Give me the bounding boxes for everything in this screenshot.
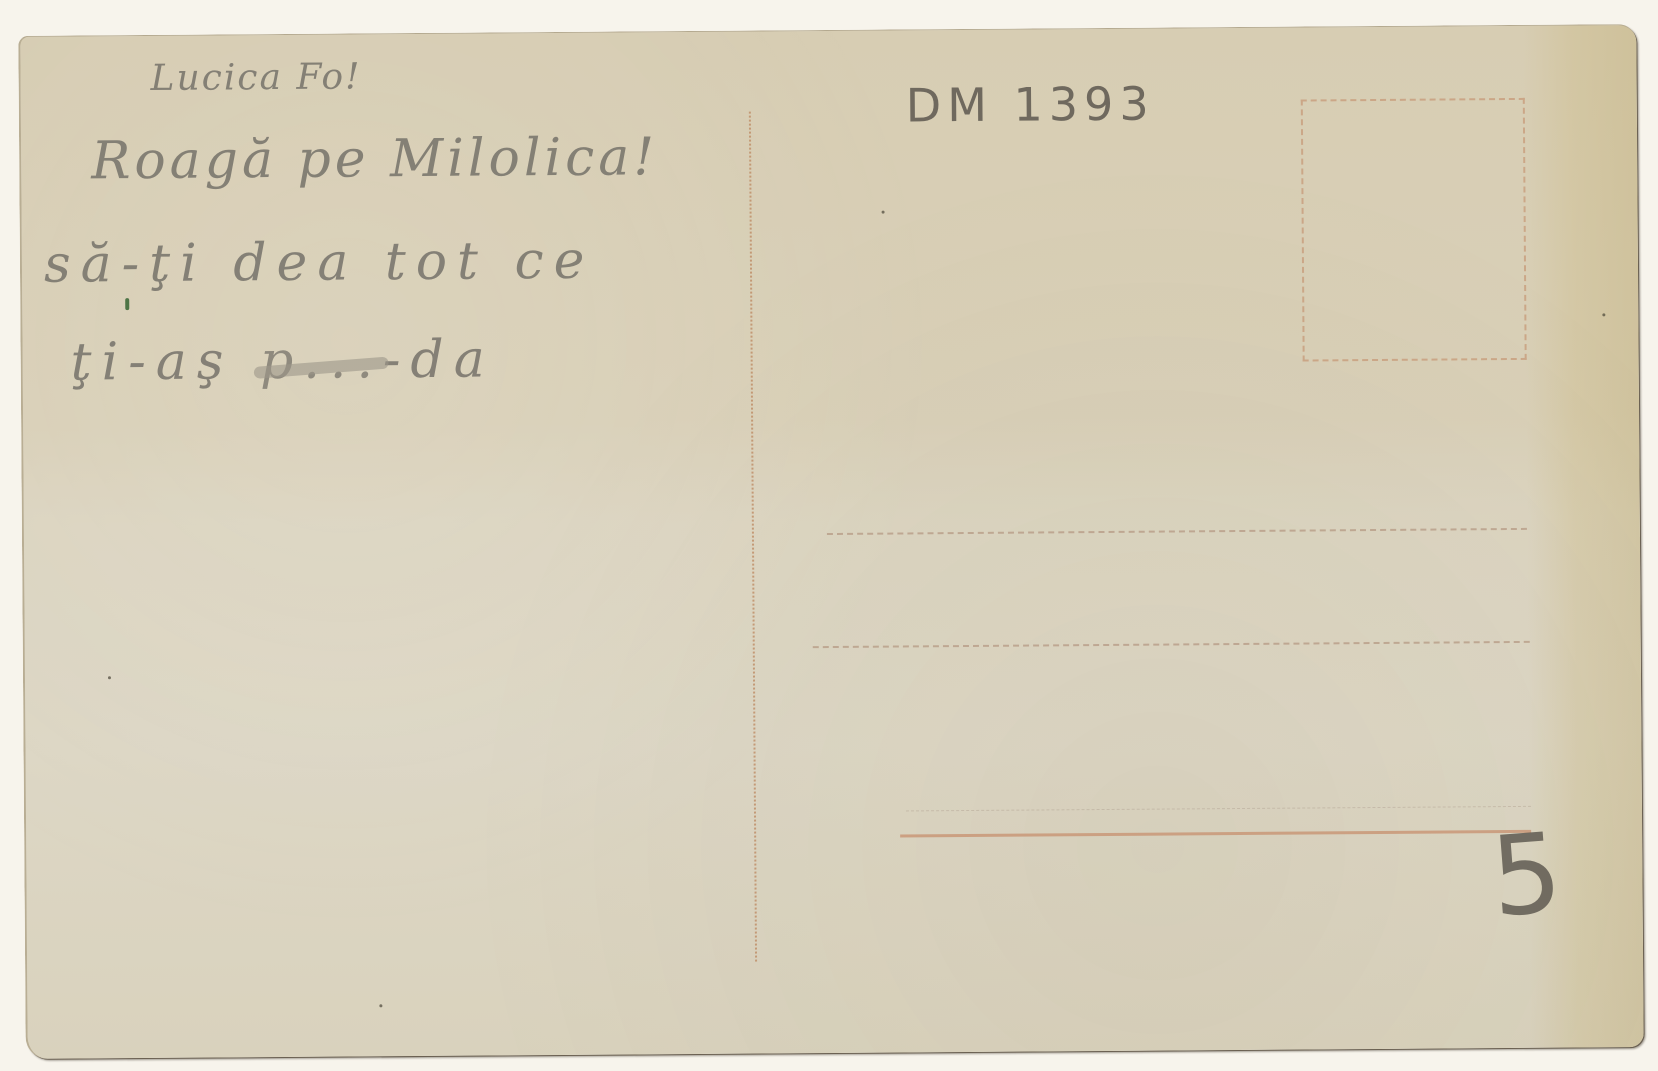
handwritten-line-3-suffix: -da xyxy=(383,329,495,390)
stamp-placeholder-box xyxy=(1301,98,1527,362)
paper-speck xyxy=(1602,313,1605,316)
paper-speck xyxy=(379,1004,382,1007)
address-line-2 xyxy=(813,641,1530,648)
center-divider-line xyxy=(749,112,757,962)
handwritten-line-1: Roagă pe Milolica! xyxy=(91,127,658,191)
address-line-1 xyxy=(827,528,1527,535)
handwritten-line-3: ţi-aş p...-da xyxy=(70,329,494,392)
archive-reference-number: DM 1393 xyxy=(906,77,1155,133)
pencil-corner-mark: 5 xyxy=(1487,808,1569,941)
paper-speck xyxy=(882,211,885,214)
struck-out-word: p... xyxy=(260,330,383,391)
scan-background: Lucica Fo! Roagă pe Milolica! să-ţi dea … xyxy=(0,0,1658,1071)
handwritten-line-3-prefix: ţi-aş xyxy=(70,331,260,392)
postcard: Lucica Fo! Roagă pe Milolica! să-ţi dea … xyxy=(18,24,1643,1059)
handwritten-greeting: Lucica Fo! xyxy=(150,56,361,99)
address-line-3-faint xyxy=(906,806,1531,812)
paper-speck xyxy=(108,676,111,679)
green-ink-mark xyxy=(125,298,129,310)
handwritten-line-2: să-ţi dea tot ce xyxy=(44,231,595,295)
address-line-3 xyxy=(900,830,1531,838)
